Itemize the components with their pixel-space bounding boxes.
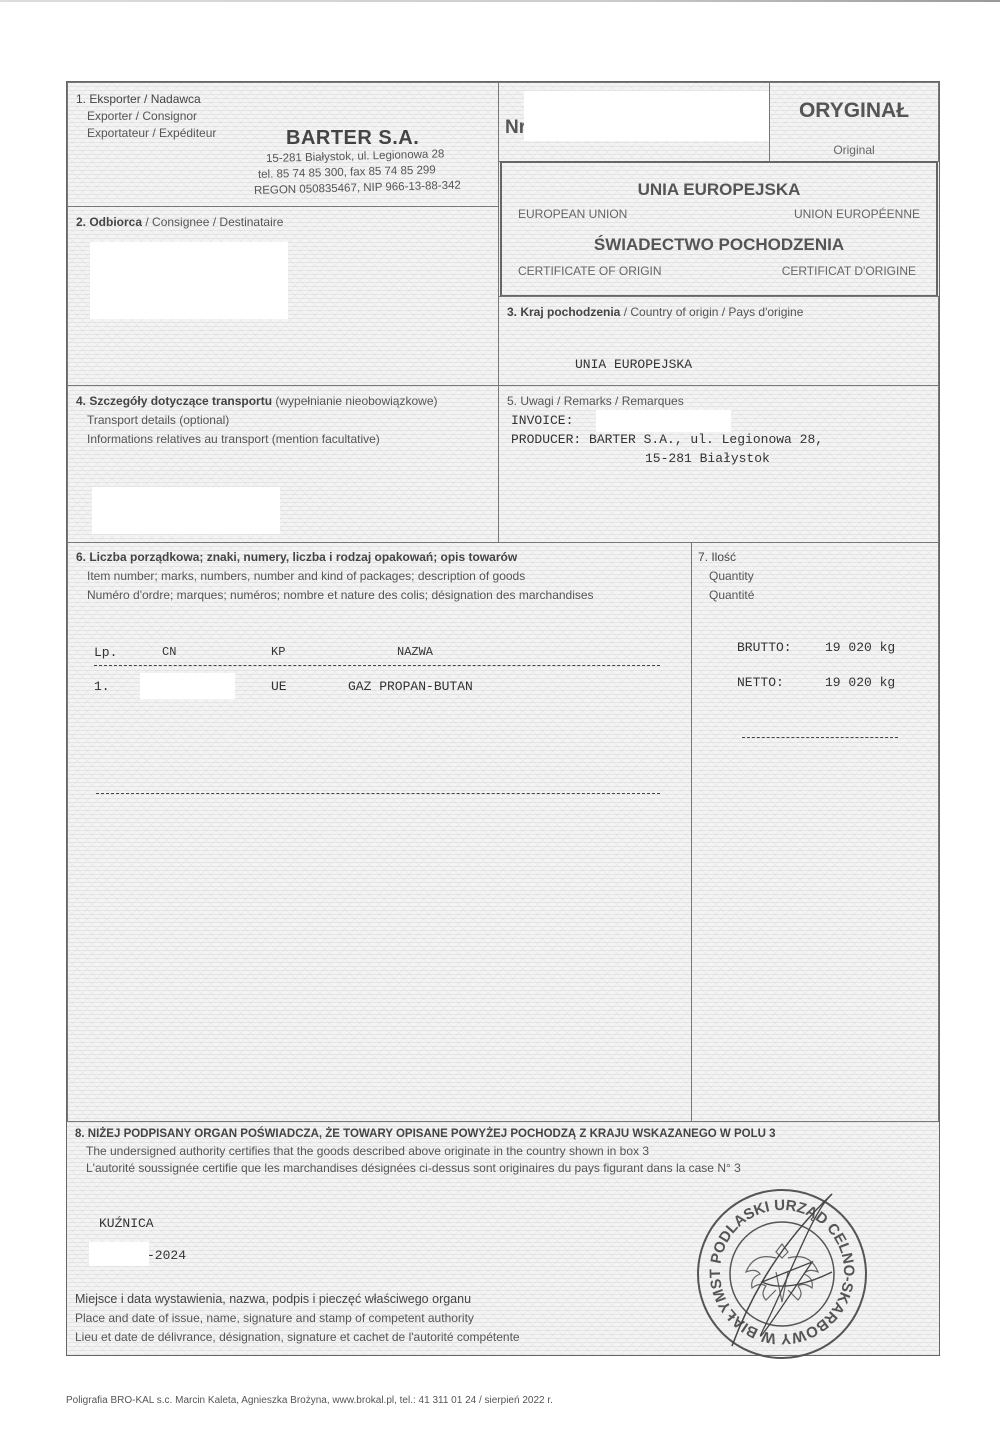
sig-label-fr: Lieu et date de délivrance, désignation,… [75, 1328, 520, 1347]
certificate-pl: ŚWIADECTWO POCHODZENIA [502, 235, 936, 255]
customs-stamp: PODLASKI URZĄD CELNO-SKARBOWY W BIAŁYMST… [692, 1182, 872, 1362]
box-transport: 4. Szczegóły dotyczące transportu (wypeł… [67, 385, 499, 543]
box-consignee: 2. Odbiorca / Consignee / Destinataire [67, 206, 499, 386]
box6-label-en: Item number; marks, numbers, number and … [76, 567, 594, 586]
box-original: ORYGINAŁ Original [769, 82, 939, 162]
box2-label-bold: 2. Odbiorca [76, 215, 142, 229]
country-of-origin-value: UNIA EUROPEJSKA [575, 357, 692, 372]
box4-label-fr: Informations relatives au transport (men… [76, 430, 437, 449]
box-certificate-header: UNIA EUROPEJSKA EUROPEAN UNION UNION EUR… [500, 161, 938, 297]
box-goods-description: 6. Liczba porządkowa; znaki, numery, lic… [67, 542, 692, 1122]
exporter-address: 15-281 Białystok, ul. Legionowa 28 [266, 148, 445, 165]
consignee-redacted [90, 242, 288, 319]
quantity-divider [742, 737, 898, 738]
sig-label-pl: Miejsce i data wystawienia, nazwa, podpi… [75, 1290, 520, 1309]
exporter-ids: REGON 050835467, NIP 966-13-88-342 [254, 180, 461, 197]
box1-label-pl: 1. Eksporter / Nadawca [76, 91, 216, 108]
box1-label-en: Exporter / Consignor [76, 108, 216, 125]
certificate-fr: CERTIFICAT D'ORIGINE [782, 264, 916, 278]
invoice-redacted [596, 410, 731, 432]
box4-label-en: Transport details (optional) [76, 411, 437, 430]
row-kp: UE [271, 679, 287, 694]
row-cn-redacted [140, 673, 235, 699]
col-header-lp: Lp. [94, 645, 117, 660]
issue-date-redacted [89, 1242, 149, 1266]
transport-redacted [92, 487, 280, 534]
box-number: Nr [498, 82, 770, 162]
union-en: EUROPEAN UNION [518, 207, 627, 221]
box6-label-pl: 6. Liczba porządkowa; znaki, numery, lic… [76, 548, 594, 567]
box-certification: 8. NIŻEJ PODPISANY ORGAN POŚWIADCZA, ŻE … [67, 1121, 939, 1355]
issue-date-year: -2024 [147, 1248, 186, 1263]
header-divider [94, 665, 660, 666]
union-pl: UNIA EUROPEJSKA [502, 180, 936, 200]
producer-line-1: PRODUCER: BARTER S.A., ul. Legionowa 28, [511, 432, 823, 447]
row-nazwa: GAZ PROPAN-BUTAN [348, 679, 473, 694]
producer-line-2: 15-281 Białystok [645, 451, 770, 466]
box7-label-pl: 7. Ilość [698, 548, 754, 567]
page-top-edge [0, 0, 1000, 2]
box8-label-pl: 8. NIŻEJ PODPISANY ORGAN POŚWIADCZA, ŻE … [75, 1126, 776, 1143]
box3-label-rest: / Country of origin / Pays d'origine [620, 305, 803, 319]
invoice-label: INVOICE: [511, 413, 573, 428]
brutto-label: BRUTTO: [737, 640, 792, 655]
box4-label-bold: 4. Szczegóły dotyczące transportu [76, 394, 272, 408]
col-header-kp: KP [271, 645, 285, 659]
netto-value: 19 020 kg [825, 675, 895, 690]
sig-label-en: Place and date of issue, name, signature… [75, 1309, 520, 1328]
box7-label-fr: Quantité [698, 586, 754, 605]
exporter-company: BARTER S.A. [286, 127, 419, 150]
col-header-nazwa: NAZWA [397, 645, 433, 659]
box7-label-en: Quantity [698, 567, 754, 586]
box1-label-fr: Exportateur / Expéditeur [76, 125, 216, 142]
certificate-en: CERTIFICATE OF ORIGIN [518, 264, 662, 278]
box-quantity: 7. Ilość Quantity Quantité BRUTTO: 19 02… [691, 542, 939, 1122]
box2-label-rest: / Consignee / Destinataire [142, 215, 283, 229]
exporter-phone: tel. 85 74 85 300, fax 85 74 85 299 [258, 164, 436, 181]
nr-value-redacted [524, 91, 770, 141]
nr-label: Nr [505, 117, 526, 139]
box4-label-rest: (wypełnianie nieobowiązkowe) [272, 394, 437, 408]
netto-label: NETTO: [737, 675, 784, 690]
box-exporter: 1. Eksporter / Nadawca Exporter / Consig… [67, 82, 499, 207]
issue-place: KUŹNICA [99, 1216, 154, 1231]
box6-label-fr: Numéro d'ordre; marques; numéros; nombre… [76, 586, 594, 605]
box-country-of-origin: 3. Kraj pochodzenia / Country of origin … [498, 296, 939, 386]
box8-label-en: The undersigned authority certifies that… [75, 1143, 776, 1160]
original-title: ORYGINAŁ [770, 99, 938, 123]
brutto-value: 19 020 kg [825, 640, 895, 655]
stamp-icon: PODLASKI URZĄD CELNO-SKARBOWY W BIAŁYMST… [692, 1182, 872, 1362]
box8-label-fr: L'autorité soussignée certifie que les m… [75, 1160, 776, 1177]
row-lp: 1. [94, 679, 110, 694]
col-header-cn: CN [162, 645, 176, 659]
box3-label-bold: 3. Kraj pochodzenia [507, 305, 620, 319]
original-subtitle: Original [770, 143, 938, 157]
certificate-form: 1. Eksporter / Nadawca Exporter / Consig… [66, 81, 940, 1356]
box5-label: 5. Uwagi / Remarks / Remarques [507, 392, 684, 411]
end-divider [96, 793, 660, 794]
union-fr: UNION EUROPÉENNE [794, 207, 920, 221]
printer-footer: Poligrafia BRO-KAL s.c. Marcin Kaleta, A… [66, 1395, 553, 1406]
box-remarks: 5. Uwagi / Remarks / Remarques INVOICE: … [498, 385, 939, 543]
